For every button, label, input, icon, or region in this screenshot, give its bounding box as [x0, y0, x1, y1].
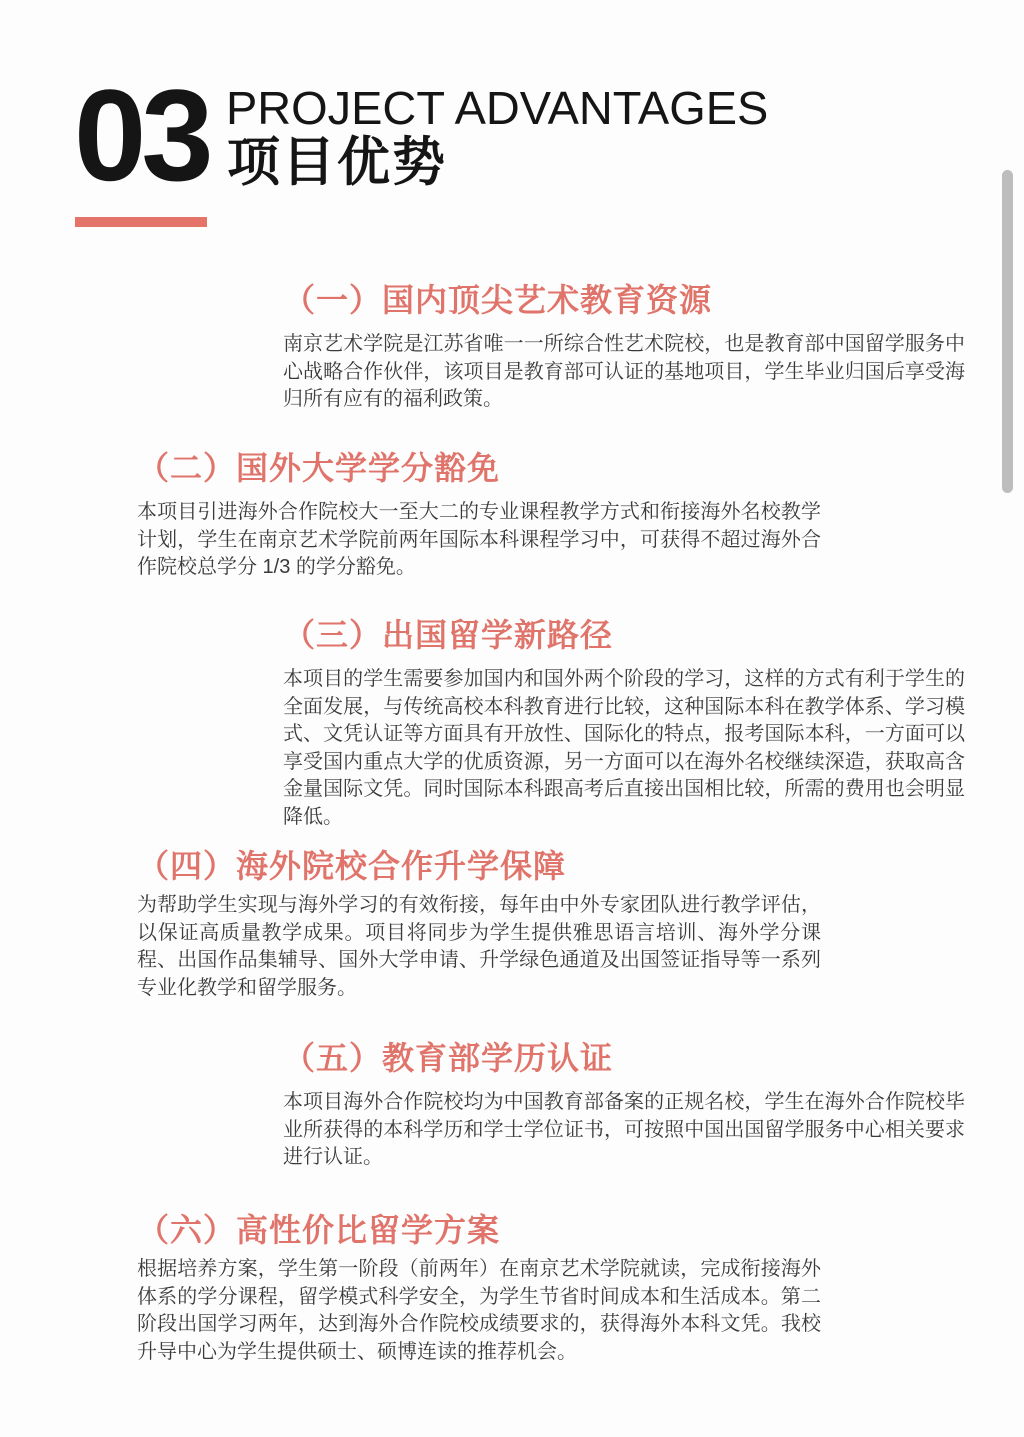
section-3-body: 本项目的学生需要参加国内和国外两个阶段的学习，这样的方式有利于学生的全面发展，与…: [283, 666, 965, 831]
page-title-english: PROJECT ADVANTAGES: [226, 84, 768, 132]
section-2: （二）国外大学学分豁免 本项目引进海外合作院校大一至大二的专业课程教学方式和衔接…: [137, 449, 821, 582]
section-3-heading: （三）出国留学新路径: [283, 616, 965, 654]
section-4-body: 为帮助学生实现与海外学习的有效衔接，每年由中外专家团队进行教学评估，以保证高质量…: [137, 892, 821, 1002]
section-5: （五）教育部学历认证 本项目海外合作院校均为中国教育部备案的正规名校，学生在海外…: [283, 1039, 965, 1172]
scrollbar-thumb[interactable]: [1002, 170, 1013, 493]
section-5-body: 本项目海外合作院校均为中国教育部备案的正规名校，学生在海外合作院校毕业所获得的本…: [283, 1089, 965, 1172]
section-5-heading: （五）教育部学历认证: [283, 1039, 965, 1077]
accent-underline-bar: [75, 217, 207, 227]
section-4-heading: （四）海外院校合作升学保障: [137, 847, 821, 885]
section-1-body: 南京艺术学院是江苏省唯一一所综合性艺术院校，也是教育部中国留学服务中心战略合作伙…: [283, 331, 965, 414]
section-6-body: 根据培养方案，学生第一阶段（前两年）在南京艺术学院就读，完成衔接海外体系的学分课…: [137, 1256, 821, 1366]
section-4: （四）海外院校合作升学保障 为帮助学生实现与海外学习的有效衔接，每年由中外专家团…: [137, 847, 821, 1002]
section-number: 03: [74, 70, 209, 200]
section-1: （一）国内顶尖艺术教育资源 南京艺术学院是江苏省唯一一所综合性艺术院校，也是教育…: [283, 281, 965, 414]
section-1-heading: （一）国内顶尖艺术教育资源: [283, 281, 965, 319]
section-6: （六）高性价比留学方案 根据培养方案，学生第一阶段（前两年）在南京艺术学院就读，…: [137, 1211, 821, 1366]
section-2-heading: （二）国外大学学分豁免: [137, 449, 821, 487]
section-3: （三）出国留学新路径 本项目的学生需要参加国内和国外两个阶段的学习，这样的方式有…: [283, 616, 965, 831]
page-title-chinese: 项目优势: [227, 134, 447, 192]
section-2-body: 本项目引进海外合作院校大一至大二的专业课程教学方式和衔接海外名校教学计划，学生在…: [137, 499, 821, 582]
section-6-heading: （六）高性价比留学方案: [137, 1211, 821, 1249]
document-page: 03 PROJECT ADVANTAGES 项目优势 （一）国内顶尖艺术教育资源…: [0, 0, 1024, 1437]
